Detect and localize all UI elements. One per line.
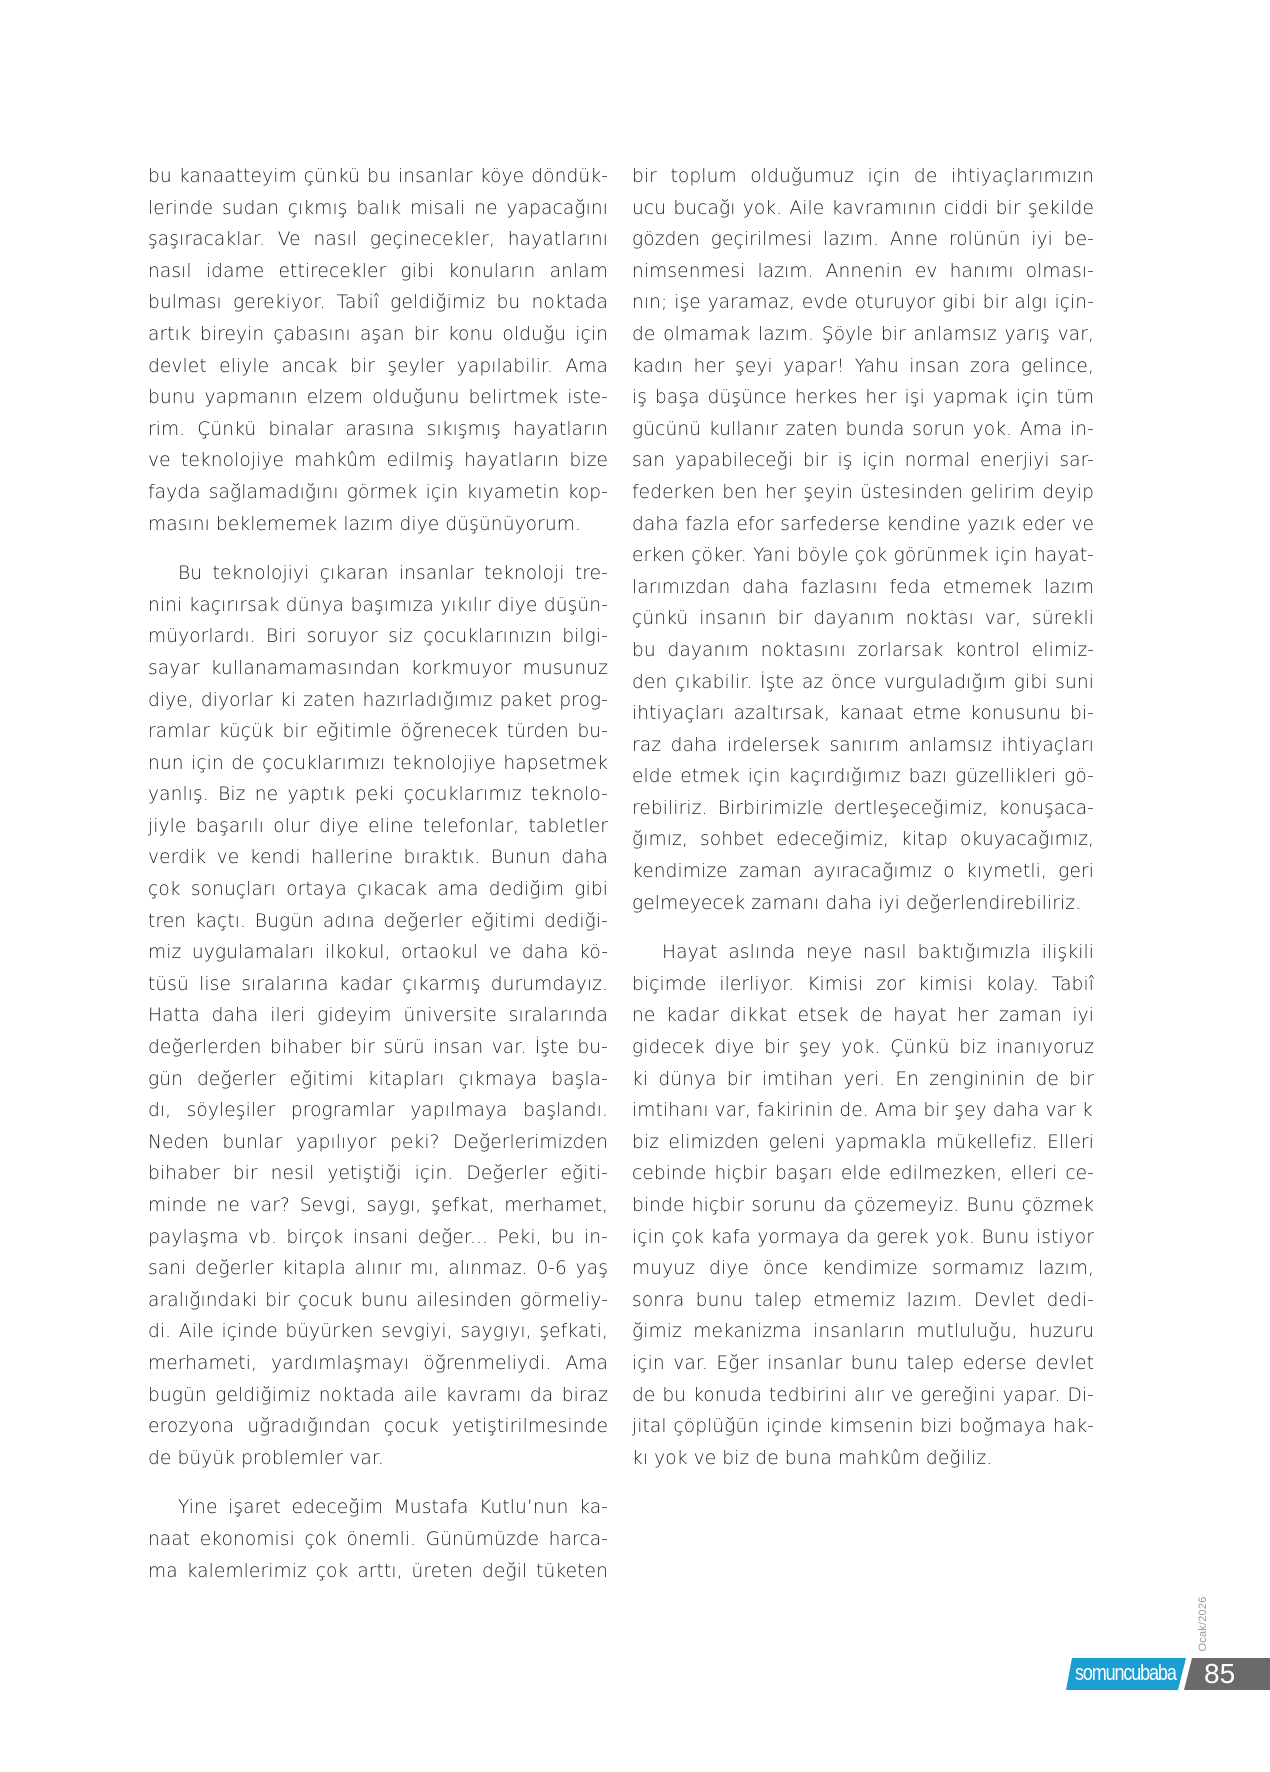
article-column-right: bir toplum olduğumuz için de ihtiyaçları… — [632, 161, 1094, 1474]
text-line: Bu teknolojiyi çıkaran insanlar teknoloj… — [148, 558, 608, 590]
text-line: ğimiz mekanizma insanların mutluluğu, hu… — [632, 1316, 1094, 1348]
text-line: dı, söyleşiler programlar yapılmaya başl… — [148, 1095, 608, 1127]
magazine-brand-name: somuncubaba — [1075, 1660, 1176, 1686]
paragraph: Yine işaret edeceğim Mustafa Kutlu’nun k… — [148, 1492, 608, 1587]
text-line: de büyük problemler var. — [148, 1443, 608, 1475]
magazine-brand-band: somuncubaba — [1066, 1658, 1186, 1690]
text-line: gelmeyecek zamanı daha iyi değerlendireb… — [632, 888, 1094, 920]
text-line: bihaber bir nesil yetiştiği için. Değerl… — [148, 1158, 608, 1190]
text-line: verdik ve kendi hallerine bıraktık. Bunu… — [148, 842, 608, 874]
text-line: Hayat aslında neye nasıl baktığımızla il… — [632, 937, 1094, 969]
text-line: binde hiçbir sorunu da çözemeyiz. Bunu ç… — [632, 1190, 1094, 1222]
text-line: biçimde ilerliyor. Kimisi zor kimisi kol… — [632, 969, 1094, 1001]
text-line: devlet eliyle ancak bir şeyler yapılabil… — [148, 351, 608, 383]
text-line: kadın her şeyi yapar! Yahu insan zora ge… — [632, 351, 1094, 383]
text-line: jital çöplüğün içinde kimsenin bizi boğm… — [632, 1411, 1094, 1443]
text-line: sonra bunu talep etmemiz lazım. Devlet d… — [632, 1285, 1094, 1317]
text-line: gidecek diye bir şey yok. Çünkü biz inan… — [632, 1032, 1094, 1064]
text-line: naat ekonomisi çok önemli. Günümüzde har… — [148, 1524, 608, 1556]
text-line: elde etmek için kaçırdığımız bazı güzell… — [632, 761, 1094, 793]
paragraph-gap — [148, 1474, 608, 1492]
text-line: de olmamak lazım. Şöyle bir anlamsız yar… — [632, 319, 1094, 351]
text-line: cebinde hiçbir başarı elde edilmezken, e… — [632, 1158, 1094, 1190]
text-line: tren kaçtı. Bugün adına değerler eğitimi… — [148, 906, 608, 938]
issue-date: Ocak/2026 — [1194, 1593, 1212, 1655]
text-line: çünkü insanın bir dayanım noktası var, s… — [632, 603, 1094, 635]
text-line: merhameti, yardımlaşmayı öğrenmeliydi. A… — [148, 1348, 608, 1380]
text-line: tüsü lise sıralarına kadar çıkarmış duru… — [148, 969, 608, 1001]
page-number: 85 — [1204, 1658, 1235, 1690]
text-line: de bu konuda tedbirini alır ve gereğini … — [632, 1380, 1094, 1412]
issue-date-text: Ocak/2026 — [1197, 1596, 1209, 1651]
text-line: gücünü kullanır zaten bunda sorun yok. A… — [632, 414, 1094, 446]
text-line: nın; işe yaramaz, evde oturuyor gibi bir… — [632, 287, 1094, 319]
text-line: Hatta daha ileri gideyim üniversite sıra… — [148, 1000, 608, 1032]
text-line: minde ne var? Sevgi, saygı, şefkat, merh… — [148, 1190, 608, 1222]
text-line: erozyona uğradığından çocuk yetiştirilme… — [148, 1411, 608, 1443]
text-line: masını beklememek lazım diye düşünüyorum… — [148, 509, 608, 541]
paragraph: Hayat aslında neye nasıl baktığımızla il… — [632, 937, 1094, 1474]
text-line: bunu yapmanın elzem olduğunu belirtmek i… — [148, 382, 608, 414]
text-line: şaşıracaklar. Ve nasıl geçinecekler, hay… — [148, 224, 608, 256]
text-line: için çok kafa yormaya da gerek yok. Bunu… — [632, 1222, 1094, 1254]
text-line: biz elimizden geleni yapmakla mükellefiz… — [632, 1127, 1094, 1159]
text-line: gün değerler eğitimi kitapları çıkmaya b… — [148, 1064, 608, 1096]
text-line: bu kanaatteyim çünkü bu insanlar köye dö… — [148, 161, 608, 193]
text-line: nimsenmesi lazım. Annenin ev hanımı olma… — [632, 256, 1094, 288]
text-line: nun için de çocuklarımızı teknolojiye ha… — [148, 748, 608, 780]
text-line: imtihanı var, fakirinin de. Ama bir şey … — [632, 1095, 1094, 1127]
text-line: Yine işaret edeceğim Mustafa Kutlu’nun k… — [148, 1492, 608, 1524]
text-line: san yapabileceği bir iş için normal ener… — [632, 445, 1094, 477]
text-line: ki dünya bir imtihan yeri. En zengininin… — [632, 1064, 1094, 1096]
text-line: raz daha irdelersek sanırım anlamsız iht… — [632, 730, 1094, 762]
text-line: Neden bunlar yapılıyor peki? Değerlerimi… — [148, 1127, 608, 1159]
text-line: sayar kullanamamasından korkmuyor musunu… — [148, 653, 608, 685]
text-line: paylaşma vb. birçok insani değer... Peki… — [148, 1222, 608, 1254]
text-line: federken ben her şeyin üstesinden geliri… — [632, 477, 1094, 509]
text-line: rebiliriz. Birbirimizle dertleşeceğimiz,… — [632, 793, 1094, 825]
text-line: ucu bucağı yok. Aile kavramının ciddi bi… — [632, 193, 1094, 225]
text-line: nasıl idame ettirecekler gibi konuların … — [148, 256, 608, 288]
text-line: fayda sağlamadığını görmek için kıyameti… — [148, 477, 608, 509]
text-line: sani değerler kitapla alınır mı, alınmaz… — [148, 1253, 608, 1285]
paragraph: bir toplum olduğumuz için de ihtiyaçları… — [632, 161, 1094, 919]
text-line: bu dayanım noktasını zorlarsak kontrol e… — [632, 635, 1094, 667]
text-line: için var. Eğer insanlar bunu talep eders… — [632, 1348, 1094, 1380]
text-line: lerinde sudan çıkmış balık misali ne yap… — [148, 193, 608, 225]
text-line: değerlerden bihaber bir sürü insan var. … — [148, 1032, 608, 1064]
text-line: di. Aile içinde büyürken sevgiyi, saygıy… — [148, 1316, 608, 1348]
paragraph-gap — [632, 919, 1094, 937]
text-line: ne kadar dikkat etsek de hayat her zaman… — [632, 1000, 1094, 1032]
text-line: miz uygulamaları ilkokul, ortaokul ve da… — [148, 937, 608, 969]
text-line: nini kaçırırsak dünya başımıza yıkılır d… — [148, 590, 608, 622]
text-line: çok sonuçları ortaya çıkacak ama dediğim… — [148, 874, 608, 906]
text-line: ramlar küçük bir eğitimle öğrenecek türd… — [148, 716, 608, 748]
paragraph-gap — [148, 540, 608, 558]
text-line: yanlış. Biz ne yaptık peki çocuklarımız … — [148, 779, 608, 811]
text-line: den çıkabilir. İşte az önce vurguladığım… — [632, 667, 1094, 699]
text-line: bir toplum olduğumuz için de ihtiyaçları… — [632, 161, 1094, 193]
text-line: ğımız, sohbet edeceğimiz, kitap okuyacağ… — [632, 824, 1094, 856]
text-line: gözden geçirilmesi lazım. Anne rolünün i… — [632, 224, 1094, 256]
text-line: aralığındaki bir çocuk bunu ailesinden g… — [148, 1285, 608, 1317]
text-line: iş başa düşünce herkes her işi yapmak iç… — [632, 382, 1094, 414]
text-line: artık bireyin çabasını aşan bir konu old… — [148, 319, 608, 351]
text-line: erken çöker. Yani böyle çok görünmek içi… — [632, 540, 1094, 572]
text-line: bugün geldiğimiz noktada aile kavramı da… — [148, 1380, 608, 1412]
page-number-band: 85 — [1184, 1658, 1270, 1690]
text-line: ihtiyaçları azaltırsak, kanaat etme konu… — [632, 698, 1094, 730]
text-line: diye, diyorlar ki zaten hazırladığımız p… — [148, 685, 608, 717]
text-line: ve teknolojiye mahkûm edilmiş hayatların… — [148, 445, 608, 477]
text-line: jiyle başarılı olur diye eline telefonla… — [148, 811, 608, 843]
text-line: muyuz diye önce kendimize sormamız lazım… — [632, 1253, 1094, 1285]
text-line: ma kalemlerimiz çok arttı, üreten değil … — [148, 1556, 608, 1588]
paragraph: bu kanaatteyim çünkü bu insanlar köye dö… — [148, 161, 608, 540]
text-line: müyorlardı. Biri soruyor siz çocuklarını… — [148, 621, 608, 653]
article-column-left: bu kanaatteyim çünkü bu insanlar köye dö… — [148, 161, 608, 1587]
paragraph: Bu teknolojiyi çıkaran insanlar teknoloj… — [148, 558, 608, 1474]
text-line: rim. Çünkü binalar arasına sıkışmış haya… — [148, 414, 608, 446]
text-line: larımızdan daha fazlasını feda etmemek l… — [632, 572, 1094, 604]
text-line: kendimize zaman ayıracağımız o kıymetli,… — [632, 856, 1094, 888]
text-line: bulması gerekiyor. Tabiî geldiğimiz bu n… — [148, 287, 608, 319]
text-line: daha fazla efor sarfederse kendine yazık… — [632, 509, 1094, 541]
text-line: kı yok ve biz de buna mahkûm değiliz. — [632, 1443, 1094, 1475]
